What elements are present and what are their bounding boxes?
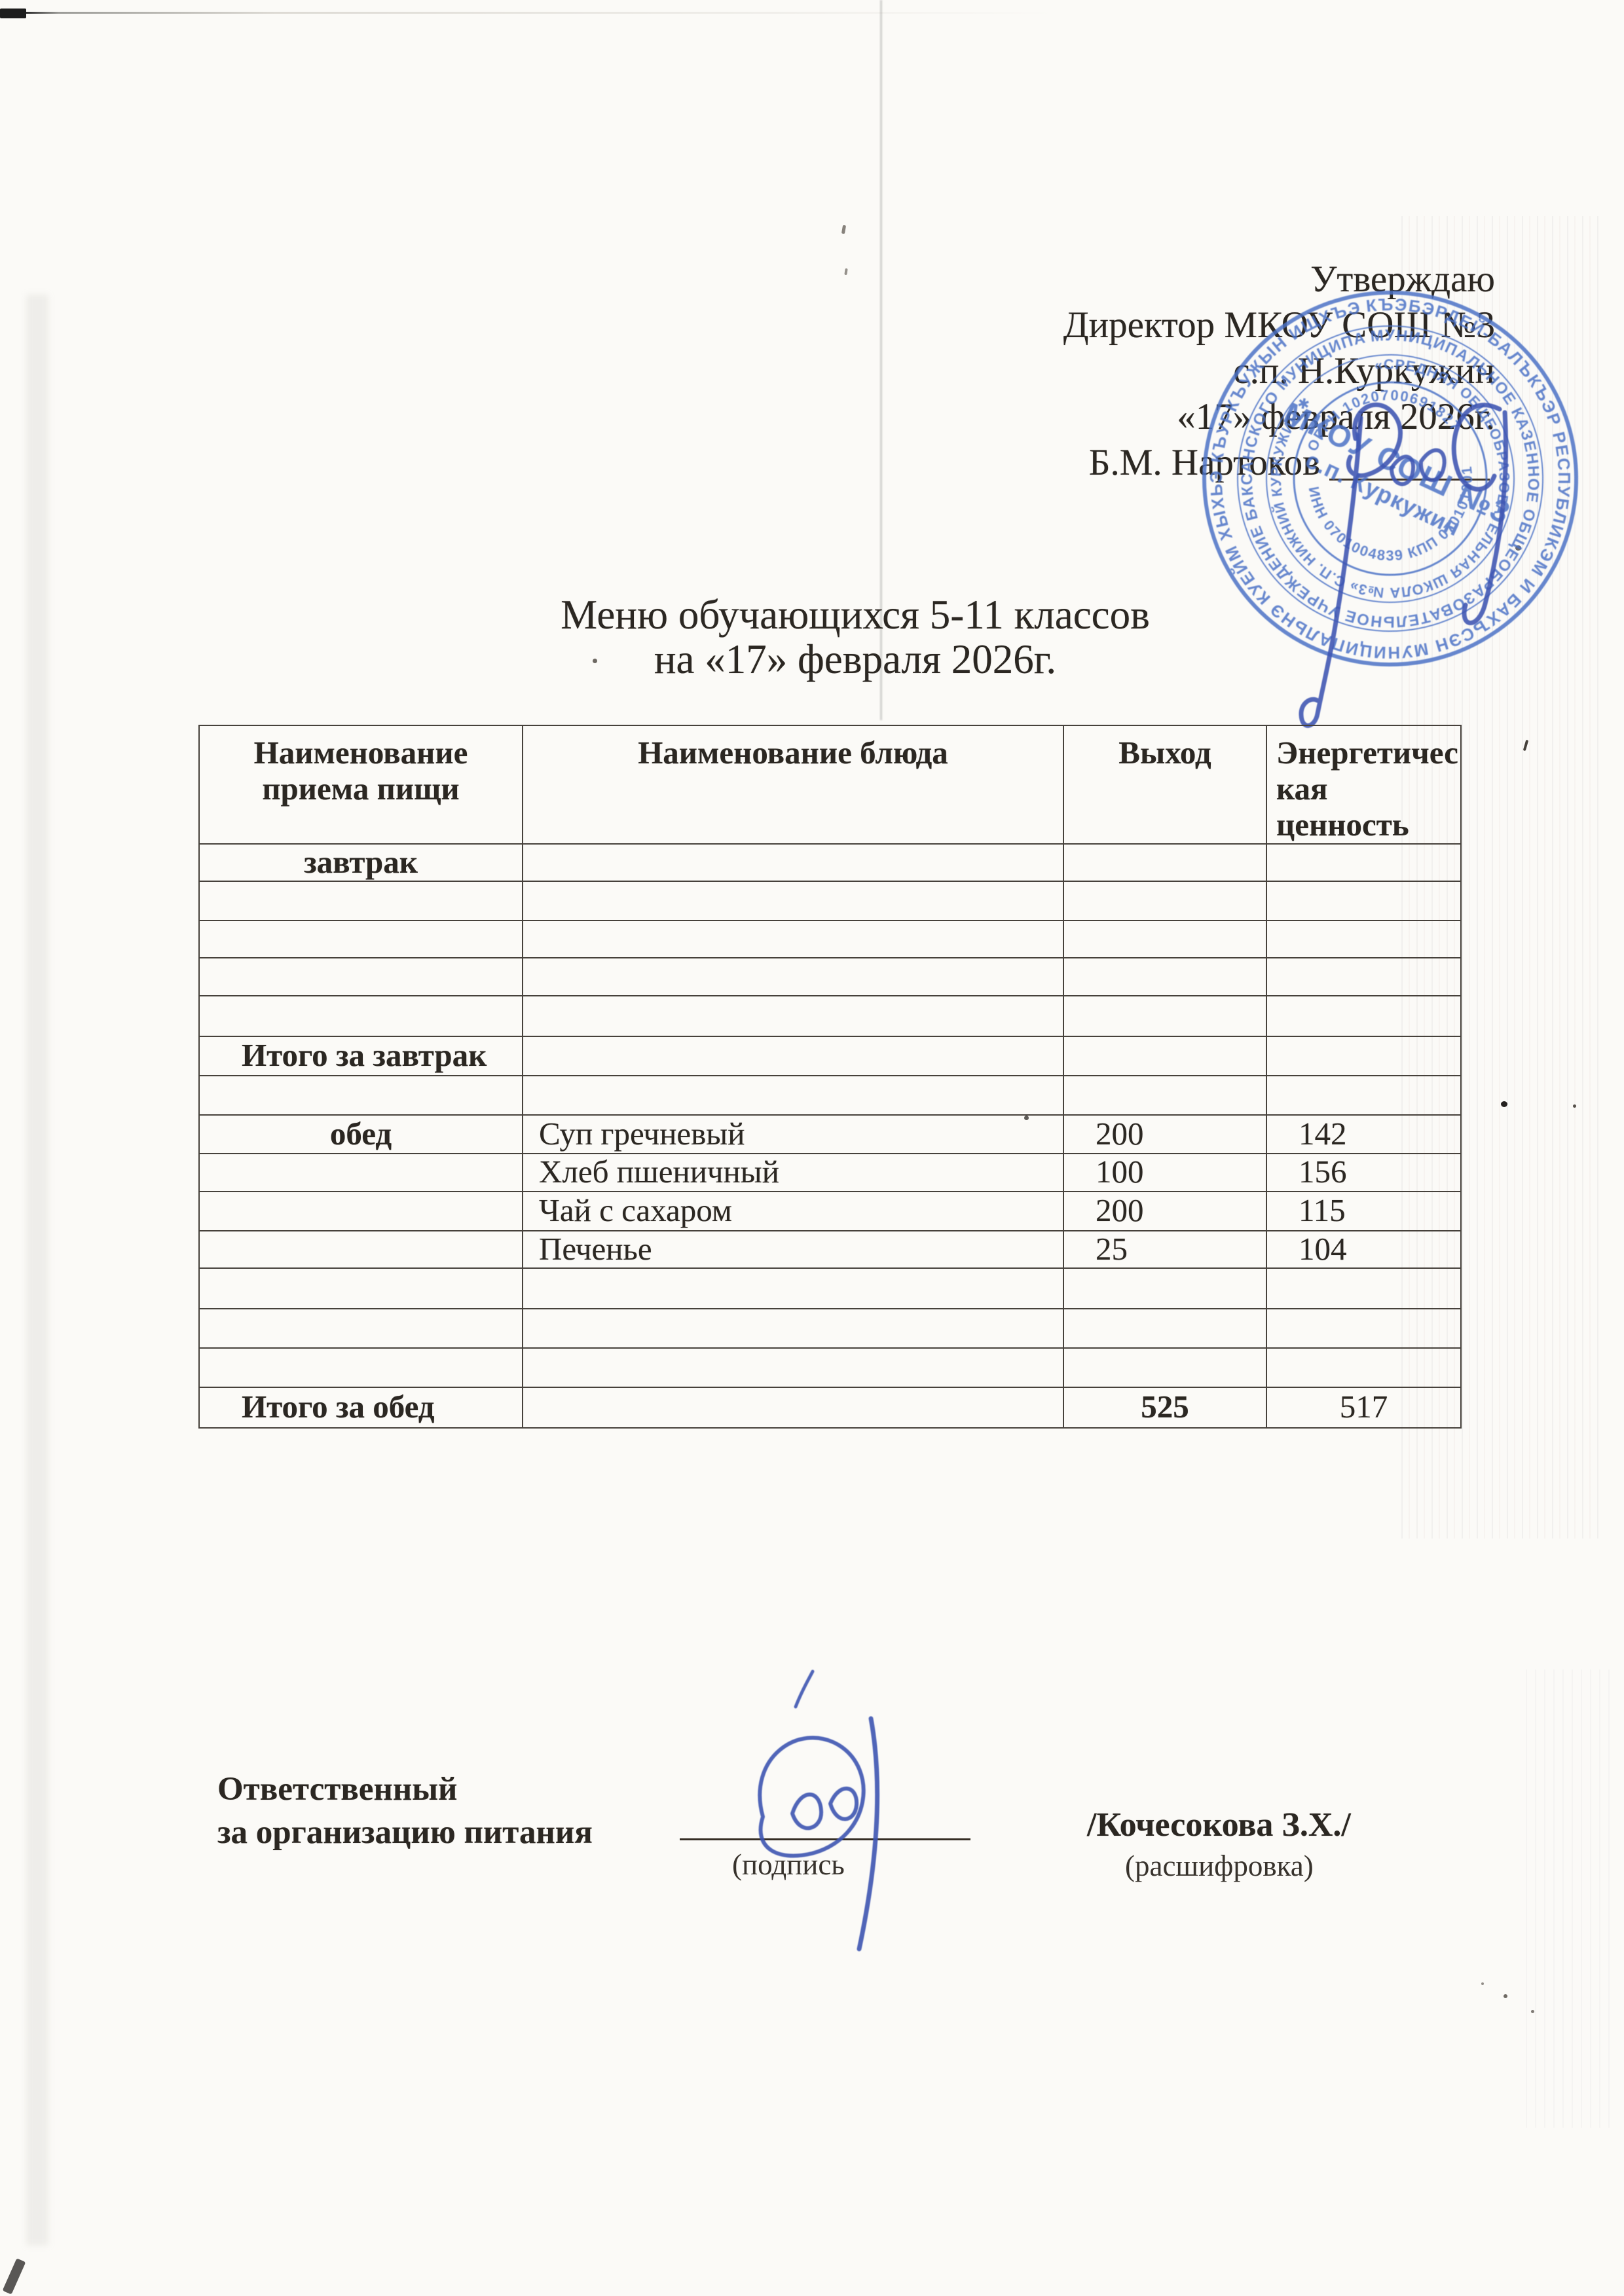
signature-caption: (подпись — [732, 1848, 845, 1882]
table-cell — [523, 958, 1063, 996]
table-cell — [199, 1231, 523, 1268]
table-row — [199, 1076, 1461, 1115]
table-cell — [1266, 1348, 1461, 1387]
table-cell: 525 — [1063, 1387, 1266, 1428]
table-cell — [1063, 1268, 1266, 1309]
approval-date-line: «17» февраля 2026г. — [969, 394, 1495, 440]
table-row — [199, 881, 1461, 920]
table-cell — [1266, 881, 1461, 920]
table-cell — [199, 881, 523, 920]
table-cell — [199, 1192, 523, 1231]
scan-speck — [1573, 1104, 1576, 1108]
table-cell: 25 — [1063, 1231, 1266, 1268]
table-row: Итого за завтрак — [199, 1036, 1461, 1076]
table-row: Итого за обед525517 — [199, 1387, 1461, 1428]
table-cell — [199, 1154, 523, 1192]
approval-director-line: Директор МКОУ СОШ №3 — [969, 302, 1495, 348]
table-row: Хлеб пшеничный100156 — [199, 1154, 1461, 1192]
table-cell: Итого за обед — [199, 1387, 523, 1428]
scan-speck — [1523, 740, 1529, 751]
table-cell: Суп гречневый — [523, 1115, 1063, 1154]
table-cell — [1063, 844, 1266, 881]
table-cell — [1063, 1348, 1266, 1387]
scan-speck — [1531, 2010, 1534, 2013]
table-row — [199, 920, 1461, 958]
responsible-label: Ответственный за организацию питания — [217, 1768, 807, 1854]
table-cell: 517 — [1266, 1387, 1461, 1428]
scanned-menu-document: Утверждаю Директор МКОУ СОШ №3 с.п. Н.Ку… — [0, 0, 1624, 2296]
responsible-label-line1: Ответственный — [217, 1768, 807, 1811]
table-cell: 200 — [1063, 1192, 1266, 1231]
scan-top-edge — [0, 12, 1624, 14]
table-cell: 200 — [1063, 1115, 1266, 1154]
menu-table: Наименование приема пищи Наименование бл… — [198, 725, 1462, 1429]
header-meal: Наименование приема пищи — [199, 725, 523, 844]
table-cell: 115 — [1266, 1192, 1461, 1231]
name-caption: (расшифровка) — [1125, 1849, 1314, 1883]
table-cell: 156 — [1266, 1154, 1461, 1192]
table-cell — [199, 996, 523, 1036]
table-cell — [1266, 996, 1461, 1036]
table-cell — [199, 1309, 523, 1348]
table-cell — [1063, 958, 1266, 996]
scan-speck — [1504, 1994, 1507, 1998]
table-cell — [523, 844, 1063, 881]
table-cell: Печенье — [523, 1231, 1063, 1268]
approval-approve-word: Утверждаю — [969, 257, 1495, 302]
table-cell: завтрак — [199, 844, 523, 881]
table-cell — [199, 1348, 523, 1387]
table-cell — [199, 920, 523, 958]
table-cell — [523, 1268, 1063, 1309]
approval-settlement-line: с.п. Н.Куркужин — [969, 348, 1495, 394]
table-cell — [523, 996, 1063, 1036]
scan-speck — [844, 268, 847, 275]
header-output: Выход — [1063, 725, 1266, 844]
menu-table-body: завтракИтого за завтракобедСуп гречневый… — [199, 844, 1461, 1428]
table-cell — [1063, 1309, 1266, 1348]
table-cell — [523, 1036, 1063, 1076]
table-cell — [199, 1076, 523, 1115]
document-title-line1: Меню обучающихся 5-11 классов — [462, 592, 1248, 637]
table-row — [199, 1348, 1461, 1387]
table-cell — [1063, 996, 1266, 1036]
scan-bottom-left-mark — [3, 2258, 26, 2294]
header-energy: Энергетичес​кая ценность — [1266, 725, 1461, 844]
table-cell — [1063, 881, 1266, 920]
table-cell — [523, 881, 1063, 920]
scan-speck — [1515, 545, 1521, 551]
approval-signatory-line: Б.М. Нартоков — [969, 440, 1495, 486]
table-cell — [199, 958, 523, 996]
table-cell: обед — [199, 1115, 523, 1154]
table-cell — [1063, 920, 1266, 958]
responsible-label-line2: за организацию питания — [217, 1811, 807, 1854]
scan-speck — [1481, 1982, 1484, 1985]
approval-signatory-name: Б.М. Нартоков — [1089, 440, 1320, 486]
scan-shadow-band — [26, 295, 48, 2246]
table-row: Печенье25104 — [199, 1231, 1461, 1268]
table-row: Чай с сахаром200115 — [199, 1192, 1461, 1231]
table-cell — [1266, 958, 1461, 996]
table-cell — [523, 1387, 1063, 1428]
director-signature-line — [1329, 479, 1490, 481]
table-cell — [1266, 1268, 1461, 1309]
header-dish: Наименование блюда — [523, 725, 1063, 844]
table-header-row: Наименование приема пищи Наименование бл… — [199, 725, 1461, 844]
document-title: Меню обучающихся 5-11 классов на «17» фе… — [462, 592, 1248, 682]
table-cell: Итого за завтрак — [199, 1036, 523, 1076]
table-cell — [523, 1309, 1063, 1348]
table-cell — [1266, 1036, 1461, 1076]
table-cell — [523, 920, 1063, 958]
table-cell: 142 — [1266, 1115, 1461, 1154]
table-cell — [1063, 1076, 1266, 1115]
scan-speck — [841, 225, 846, 234]
table-row — [199, 996, 1461, 1036]
table-cell — [1266, 920, 1461, 958]
scan-streaks-2 — [1526, 1669, 1611, 2128]
responsible-name: /Кочесокова З.Х./ — [1087, 1806, 1351, 1844]
table-cell — [1266, 844, 1461, 881]
table-cell: 100 — [1063, 1154, 1266, 1192]
table-cell — [1266, 1309, 1461, 1348]
table-cell — [523, 1348, 1063, 1387]
table-cell — [1266, 1076, 1461, 1115]
table-cell — [1063, 1036, 1266, 1076]
table-cell: 104 — [1266, 1231, 1461, 1268]
approval-block: Утверждаю Директор МКОУ СОШ №3 с.п. Н.Ку… — [969, 257, 1495, 486]
document-title-line2: на «17» февраля 2026г. — [462, 637, 1248, 682]
table-row — [199, 1309, 1461, 1348]
table-row — [199, 958, 1461, 996]
table-cell: Хлеб пшеничный — [523, 1154, 1063, 1192]
scan-corner-mark — [0, 9, 26, 18]
table-cell — [523, 1076, 1063, 1115]
table-cell: Чай с сахаром — [523, 1192, 1063, 1231]
table-row — [199, 1268, 1461, 1309]
table-cell — [199, 1268, 523, 1309]
footer-signature-line — [680, 1838, 970, 1840]
table-row: обедСуп гречневый200142 — [199, 1115, 1461, 1154]
scan-speck — [1501, 1101, 1507, 1107]
table-row: завтрак — [199, 844, 1461, 881]
